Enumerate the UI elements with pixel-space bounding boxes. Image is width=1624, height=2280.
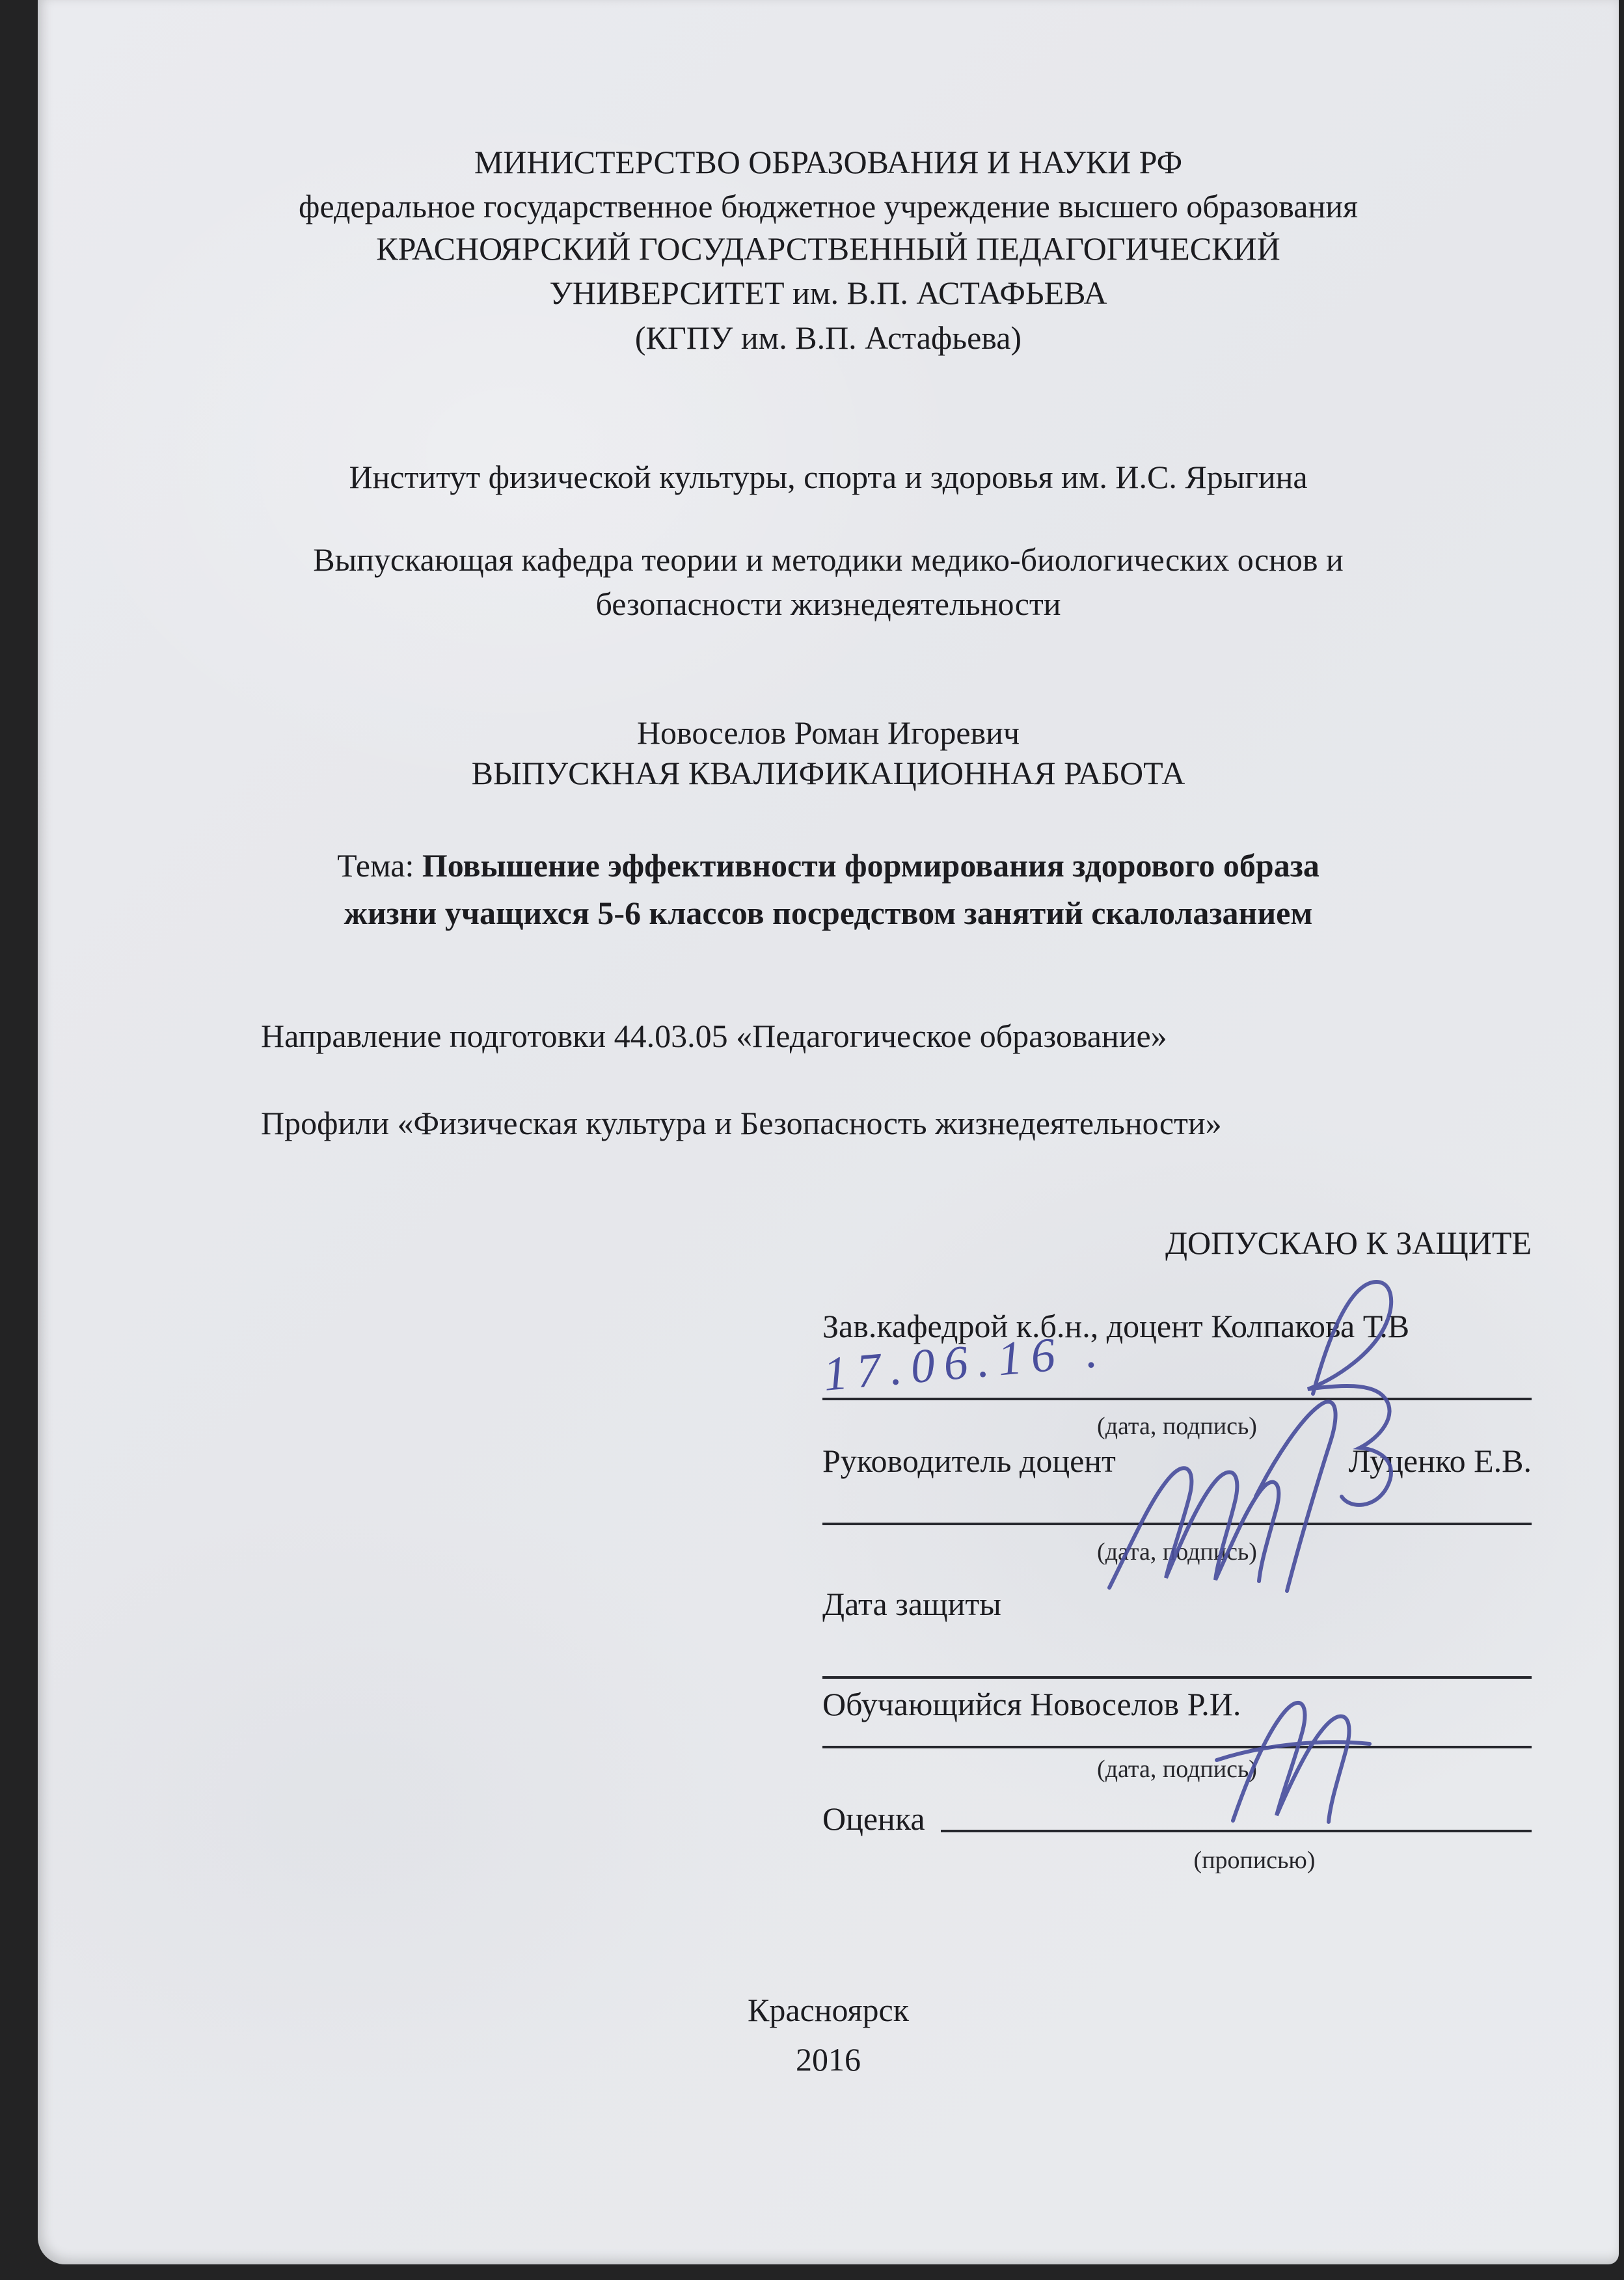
- scanner-background: МИНИСТЕРСТВО ОБРАЗОВАНИЯ И НАУКИ РФ феде…: [0, 0, 1624, 2280]
- defense-date-line: [822, 1676, 1532, 1679]
- grade-caption: (прописью): [975, 1846, 1534, 1875]
- topic-label: Тема:: [337, 847, 414, 884]
- author-name: Новоселов Роман Игоревич: [38, 714, 1619, 752]
- university-line2: УНИВЕРСИТЕТ им. В.П. АСТАФЬЕВА: [38, 275, 1619, 312]
- university-line1: КРАСНОЯРСКИЙ ГОСУДАРСТВЕННЫЙ ПЕДАГОГИЧЕС…: [38, 230, 1619, 268]
- defense-date-label: Дата защиты: [822, 1586, 1532, 1623]
- grade-line: [941, 1830, 1532, 1832]
- supervisor-name: Луценко Е.В.: [1348, 1443, 1532, 1480]
- grade-row: Оценка: [822, 1800, 1532, 1838]
- federal-line: федеральное государственное бюджетное уч…: [38, 188, 1619, 226]
- topic-text-line1: Повышение эффективности формирования здо…: [422, 847, 1319, 884]
- department-line1: Выпускающая кафедра теории и методики ме…: [38, 541, 1619, 579]
- supervisor-label: Руководитель доцент: [822, 1443, 1116, 1480]
- ministry-line: МИНИСТЕРСТВО ОБРАЗОВАНИЯ И НАУКИ РФ: [38, 144, 1619, 182]
- approval-title: ДОПУСКАЮ К ЗАЩИТЕ: [822, 1225, 1532, 1262]
- date-sign-caption-1: (дата, подпись): [822, 1412, 1532, 1441]
- grade-label: Оценка: [822, 1800, 925, 1838]
- student-line: Обучающийся Новоселов Р.И.: [822, 1686, 1532, 1724]
- supervisor-row: Руководитель доцент Луценко Е.В.: [822, 1443, 1532, 1480]
- year-line: 2016: [38, 2041, 1619, 2079]
- signature-line-student: [822, 1746, 1532, 1748]
- program-line: Направление подготовки 44.03.05 «Педагог…: [261, 1017, 1167, 1055]
- date-sign-caption-3: (дата, подпись): [822, 1755, 1532, 1784]
- work-type-title: ВЫПУСКНАЯ КВАЛИФИКАЦИОННАЯ РАБОТА: [38, 755, 1619, 793]
- department-line2: безопасности жизнедеятельности: [38, 586, 1619, 623]
- signature-line-supervisor: [822, 1523, 1532, 1525]
- university-abbr: (КГПУ им. В.П. Астафьева): [38, 319, 1619, 357]
- city-line: Красноярск: [38, 1992, 1619, 2029]
- institute-line: Институт физической культуры, спорта и з…: [38, 459, 1619, 496]
- topic-text-line2: жизни учащихся 5-6 классов посредством з…: [38, 895, 1619, 932]
- topic-line1: Тема: Повышение эффективности формирован…: [38, 847, 1619, 885]
- signature-line-head: [822, 1398, 1532, 1400]
- page-content: МИНИСТЕРСТВО ОБРАЗОВАНИЯ И НАУКИ РФ феде…: [38, 0, 1619, 2264]
- date-sign-caption-2: (дата, подпись): [822, 1538, 1532, 1566]
- profiles-line: Профили «Физическая культура и Безопасно…: [261, 1104, 1222, 1142]
